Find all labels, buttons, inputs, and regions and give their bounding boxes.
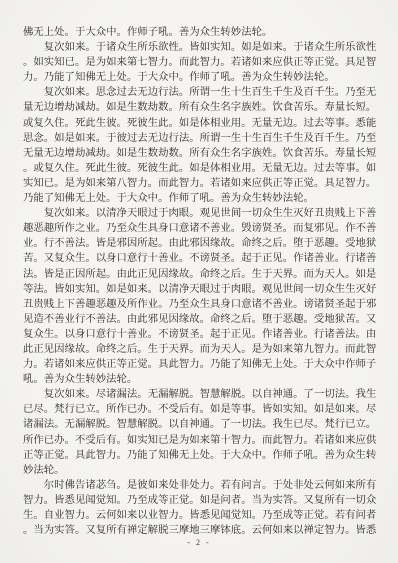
text-line: 复众生。以身口意行十善业。不谤贤圣。起于正见。作诸善业。行诸善法。由: [23, 327, 381, 342]
page-number: - 2 -: [0, 538, 398, 547]
text-line: 复次如来。思念过去无边行法。所谓一生十生百生千生及百千生。乃至无: [23, 85, 381, 100]
text-line: 力。若诸如来应供正等正觉。具此智力。乃能了知佛无上处。于大众中作师子: [23, 357, 381, 372]
text-line: 见造不善业行不善法。由此邪见因缘故。命终之后。堕于恶趣。受地狱苦。又: [23, 312, 381, 327]
text-line: 已尽。梵行已立。所作已办。不受后有。如是等事。皆如实知。如是如来。尽: [23, 402, 381, 417]
text-line: 妙法轮。: [23, 463, 381, 478]
text-line: 复次如来。尽诸漏法。无漏解脱。智慧解脱。以自神通。了一切法。我生: [23, 387, 381, 402]
text-line: 吼。善为众生转妙法轮。: [23, 372, 381, 387]
text-line: 苦。又复众生。以身口意行十善业。不谤贤圣。起于正见。作诸善业。行诸善: [23, 251, 381, 266]
text-line: 等法。皆如实知。如是如来。以清净天眼过于肉眼。观见世间一切众生生灭好: [23, 282, 381, 297]
text-line: 所作已办。不受后有。如实知已是为如来第十智力。而此智力。若诸如来应供: [23, 433, 381, 448]
text-line: 趣恶趣所作之业。乃至众生具身口意诸不善业。毁谤贤圣。而复邪见。作不善: [23, 221, 381, 236]
text-line: 复次如来。以清净天眼过于肉眼。观见世间一切众生生灭好丑贵贱上下善: [23, 206, 381, 221]
sutra-text-body: 佛无上处。于大众中。作师子吼。善为众生转妙法轮。复次如来。于诸众生所乐欲性。皆如…: [23, 25, 381, 538]
text-line: 正等正觉。具此智力。乃能了知佛无上处。于大众中。作师子吼。善为众生转: [23, 448, 381, 463]
text-line: 实知已。是为如来第八智力。而此智力。若诸如来应供正等正觉。具足智力。: [23, 176, 381, 191]
text-line: 诸漏法。无漏解脱。智慧解脱。以自神通。了一切法。我生已尽。梵行已立。: [23, 417, 381, 432]
text-line: 无量无边增劫减劫。如是生数劫数。所有众生名字族姓。饮食苦乐。寿量长短: [23, 146, 381, 161]
text-line: 生。自业智力。云何如来以业智力。皆悉见闻觉知。乃至成等正觉。若有问者: [23, 508, 381, 523]
text-line: 。当为实答。又复所有禅定解脱三摩地三摩钵底。云何如来以禅定智力。皆悉: [23, 523, 381, 538]
text-line: 法。皆是正因所起。由此正见因缘故。命终之后。生于天界。而为天人。如是: [23, 267, 381, 282]
text-line: 复次如来。于诸众生所乐欲性。皆如实知。如是如来。于诸众生所乐欲性: [23, 40, 381, 55]
text-line: 。如实知已。是为如来第七智力。而此智力。若诸如来应供正等正觉。具足智: [23, 55, 381, 70]
text-line: 。或复久住。死此生彼。死彼生此。如是体相业用。无量无边。过去等事。如: [23, 161, 381, 176]
text-line: 智力。皆悉见闻觉知。乃至成等正觉。如是问者。当为实答。又复所有一切众: [23, 493, 381, 508]
text-line: 此正见因缘故。命终之后。生于天界。而为天人。是为如来第九智力。而此智: [23, 342, 381, 357]
text-line: 量无边增劫减劫。如是生数劫数。所有众生名字族姓。饮食苦乐。寿量长短。: [23, 100, 381, 115]
text-line: 尔时佛告诸苾刍。是彼如来处非处力。若有问言。于处非处云何如来所有: [23, 478, 381, 493]
text-line: 丑贵贱上下善趣恶趣及所作业。乃至众生具身口意诸不善业。谤诸贤圣起于邪: [23, 297, 381, 312]
text-line: 力。乃能了知佛无上处。于大众中。作师了吼。善为众生转妙法轮。: [23, 70, 381, 85]
text-line: 思念。如是如来。于彼过去无边行法。所谓一生十生百生千生及百千生。乃至: [23, 131, 381, 146]
text-line: 或复久住。死此生彼。死彼生此。如是体相业用。无量无边。过去等事。悉能: [23, 116, 381, 131]
text-line: 乃能了知佛无上处。于大众中。作师了吼。善为众生转妙法轮。: [23, 191, 381, 206]
text-line: 业。行不善法。皆是邪因所起。由此邪因缘故。命终之后。堕于恶趣。受地狱: [23, 236, 381, 251]
text-line: 佛无上处。于大众中。作师子吼。善为众生转妙法轮。: [23, 25, 381, 40]
document-page: 佛无上处。于大众中。作师子吼。善为众生转妙法轮。复次如来。于诸众生所乐欲性。皆如…: [0, 0, 398, 563]
